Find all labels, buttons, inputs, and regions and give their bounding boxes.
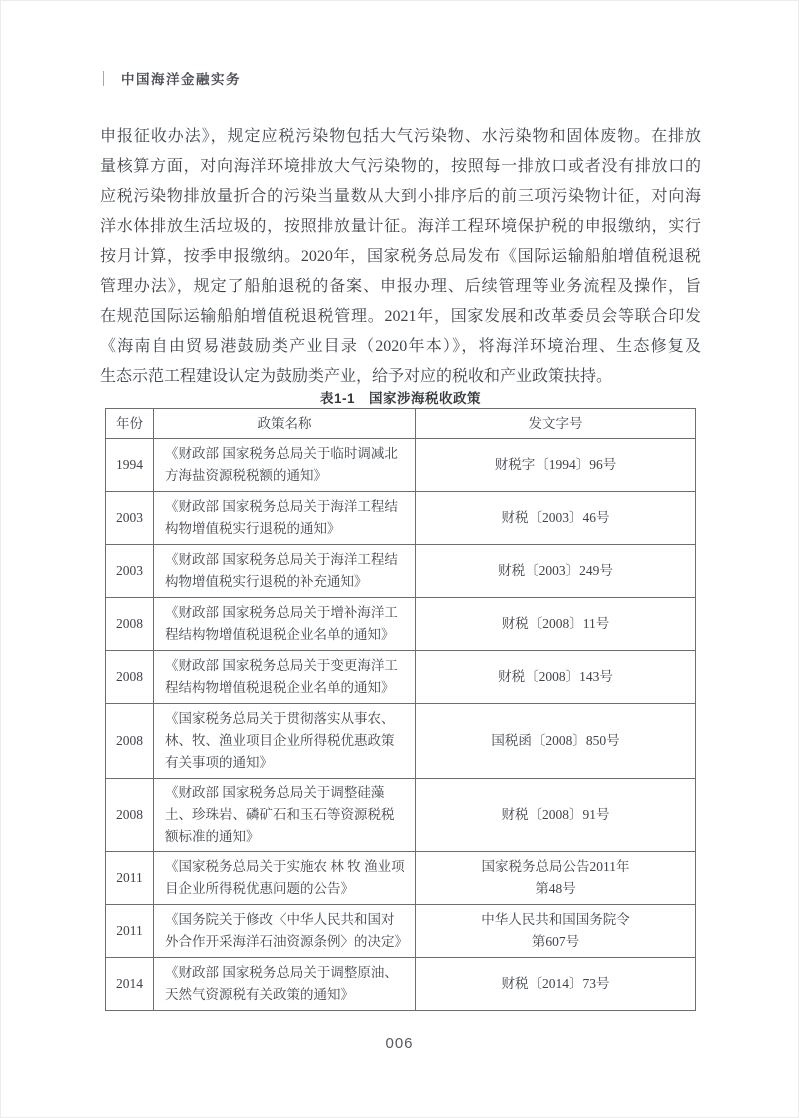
policy-cell: 《财政部 国家税务总局关于海洋工程结构物增值税实行退税的补充通知》 (154, 545, 416, 598)
doc-number-cell: 财税〔2008〕91号 (416, 779, 696, 852)
book-title: 中国海洋金融实务 (121, 68, 241, 88)
policy-cell: 《财政部 国家税务总局关于变更海洋工程结构物增值税退税企业名单的通知》 (154, 651, 416, 704)
paragraph-line: 洋水体排放生活垃圾的，按照排放量计征。海洋工程环境保护税的申报缴纳，实行 (100, 212, 701, 242)
paragraph-line: 申报征收办法》，规定应税污染物包括大气污染物、水污染物和固体废物。在排放 (100, 122, 701, 152)
table-row: 2011 《国务院关于修改〈中华人民共和国对外合作开采海洋石油资源条例〉的决定》… (106, 905, 696, 958)
table-row: 2008 《财政部 国家税务总局关于变更海洋工程结构物增值税退税企业名单的通知》… (106, 651, 696, 704)
paragraph-line: 按月计算，按季申报缴纳。2020年，国家税务总局发布《国际运输船舶增值税退税 (100, 242, 701, 272)
doc-number-cell: 国家税务总局公告2011年 第48号 (416, 852, 696, 905)
table-caption: 表1-1 国家涉海税收政策 (100, 387, 701, 407)
year-cell: 2008 (106, 651, 154, 704)
table-row: 1994 《财政部 国家税务总局关于临时调减北方海盐资源税税额的通知》 财税字〔… (106, 439, 696, 492)
table-row: 2008 《财政部 国家税务总局关于增补海洋工程结构物增值税退税企业名单的通知》… (106, 598, 696, 651)
policy-cell: 《财政部 国家税务总局关于海洋工程结构物增值税实行退税的通知》 (154, 492, 416, 545)
paragraph-line: 在规范国际运输船舶增值税退税管理。2021年，国家发展和改革委员会等联合印发 (100, 302, 701, 332)
policy-cell: 《国家税务总局关于贯彻落实从事农、林、牧、渔业项目企业所得税优惠政策有关事项的通… (154, 704, 416, 779)
table-row: 2003 《财政部 国家税务总局关于海洋工程结构物增值税实行退税的补充通知》 财… (106, 545, 696, 598)
document-page: 中国海洋金融实务 申报征收办法》，规定应税污染物包括大气污染物、水污染物和固体废… (0, 0, 799, 1118)
year-cell: 2011 (106, 852, 154, 905)
doc-number-cell: 财税〔2008〕11号 (416, 598, 696, 651)
doc-number-cell: 国税函〔2008〕850号 (416, 704, 696, 779)
year-cell: 1994 (106, 439, 154, 492)
header-divider-bar (103, 71, 104, 86)
policy-cell: 《财政部 国家税务总局关于增补海洋工程结构物增值税退税企业名单的通知》 (154, 598, 416, 651)
table-row: 2008 《国家税务总局关于贯彻落实从事农、林、牧、渔业项目企业所得税优惠政策有… (106, 704, 696, 779)
table-row: 2011 《国家税务总局关于实施农 林 牧 渔业项目企业所得税优惠问题的公告》 … (106, 852, 696, 905)
year-cell: 2014 (106, 958, 154, 1011)
year-cell: 2011 (106, 905, 154, 958)
policy-cell: 《财政部 国家税务总局关于调整硅藻土、珍珠岩、磷矿石和玉石等资源税税额标准的通知… (154, 779, 416, 852)
doc-number-cell: 财税〔2014〕73号 (416, 958, 696, 1011)
doc-number-cell: 财税字〔1994〕96号 (416, 439, 696, 492)
doc-number-cell: 中华人民共和国国务院令 第607号 (416, 905, 696, 958)
col-header-doc-number: 发文字号 (416, 409, 696, 439)
policy-cell: 《国家税务总局关于实施农 林 牧 渔业项目企业所得税优惠问题的公告》 (154, 852, 416, 905)
col-header-policy: 政策名称 (154, 409, 416, 439)
year-cell: 2008 (106, 779, 154, 852)
paragraph-line: 《海南自由贸易港鼓励类产业目录（2020年本）》，将海洋环境治理、生态修复及 (100, 332, 701, 362)
page-number: 006 (0, 1035, 799, 1052)
policy-cell: 《国务院关于修改〈中华人民共和国对外合作开采海洋石油资源条例〉的决定》 (154, 905, 416, 958)
year-cell: 2008 (106, 598, 154, 651)
year-cell: 2008 (106, 704, 154, 779)
col-header-year: 年份 (106, 409, 154, 439)
running-header: 中国海洋金融实务 (103, 68, 241, 88)
doc-number-cell: 财税〔2003〕249号 (416, 545, 696, 598)
table-row: 2014 《财政部 国家税务总局关于调整原油、天然气资源税有关政策的通知》 财税… (106, 958, 696, 1011)
tax-policy-table: 年份 政策名称 发文字号 1994 《财政部 国家税务总局关于临时调减北方海盐资… (105, 408, 696, 1011)
table-row: 2008 《财政部 国家税务总局关于调整硅藻土、珍珠岩、磷矿石和玉石等资源税税额… (106, 779, 696, 852)
paragraph-line: 管理办法》，规定了船舶退税的备案、申报办理、后续管理等业务流程及操作，旨 (100, 272, 701, 302)
policy-cell: 《财政部 国家税务总局关于临时调减北方海盐资源税税额的通知》 (154, 439, 416, 492)
year-cell: 2003 (106, 492, 154, 545)
doc-number-cell: 财税〔2008〕143号 (416, 651, 696, 704)
year-cell: 2003 (106, 545, 154, 598)
table-header-row: 年份 政策名称 发文字号 (106, 409, 696, 439)
paragraph-line: 应税污染物排放量折合的污染当量数从大到小排序后的前三项污染物计征，对向海 (100, 182, 701, 212)
table-row: 2003 《财政部 国家税务总局关于海洋工程结构物增值税实行退税的通知》 财税〔… (106, 492, 696, 545)
doc-number-cell: 财税〔2003〕46号 (416, 492, 696, 545)
policy-cell: 《财政部 国家税务总局关于调整原油、天然气资源税有关政策的通知》 (154, 958, 416, 1011)
paragraph-line: 量核算方面，对向海洋环境排放大气污染物的，按照每一排放口或者没有排放口的 (100, 152, 701, 182)
body-paragraph: 申报征收办法》，规定应税污染物包括大气污染物、水污染物和固体废物。在排放 量核算… (100, 122, 701, 392)
